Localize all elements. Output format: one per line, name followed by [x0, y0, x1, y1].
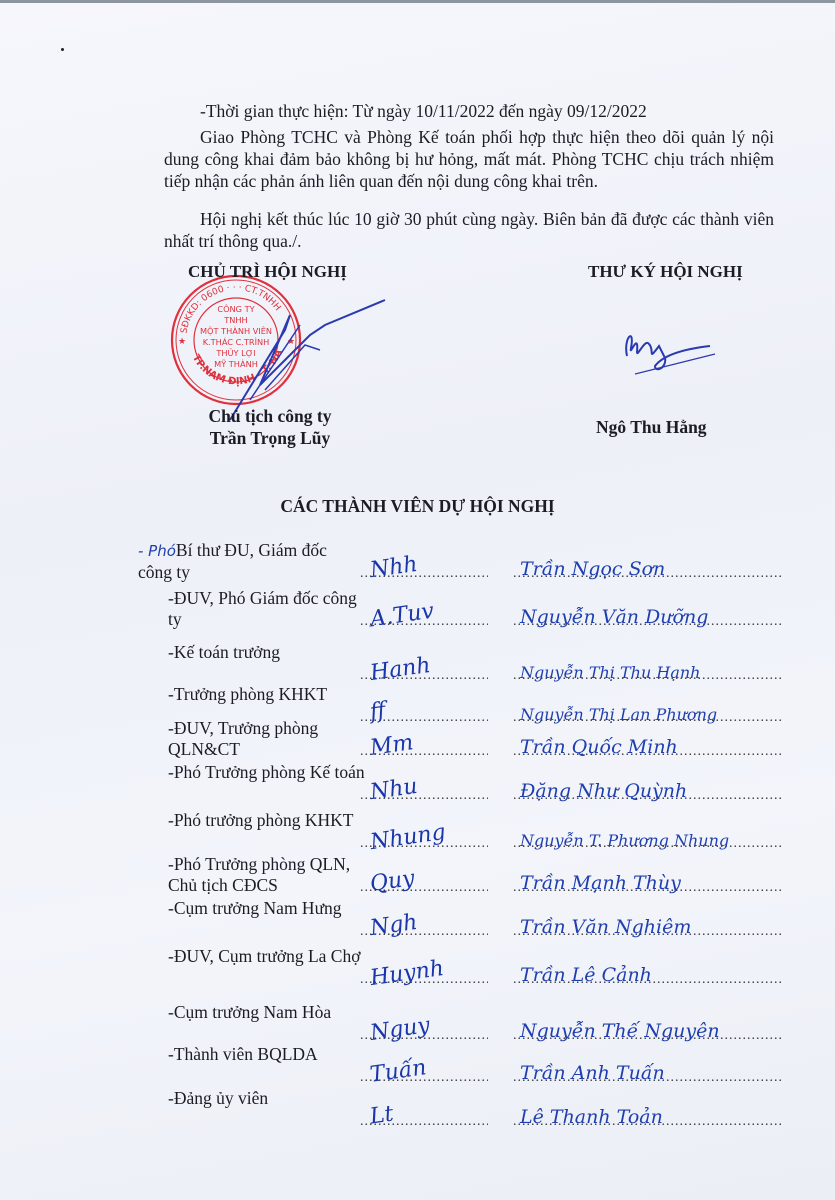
member-row: -Cụm trưởng Nam Hòa.....................… [148, 1002, 798, 1048]
member-role: -Đảng ủy viên [168, 1088, 368, 1109]
member-role: -ĐUV, Cụm trưởng La Chợ [168, 946, 368, 967]
chair-title: CHỦ TRÌ HỘI NGHỊ [188, 262, 347, 282]
member-signature: Lt [368, 1101, 395, 1129]
member-role: -Phó Trưởng phòng QLN, Chủ tịch CĐCS [168, 854, 368, 896]
member-handwritten-name: Trần Văn Nghiêm [520, 916, 691, 938]
member-role: - PhóBí thư ĐU, Giám đốc công ty [138, 540, 348, 583]
chair-position: Chủ tịch công ty [190, 405, 350, 427]
member-handwritten-name: Trần Ngọc Sơn [520, 558, 665, 580]
member-row: - PhóBí thư ĐU, Giám đốc công ty........… [148, 540, 798, 586]
chair-name-block: Chủ tịch công ty Trần Trọng Lũy [190, 405, 350, 449]
member-role: -Kế toán trưởng [168, 642, 368, 663]
member-role: -ĐUV, Phó Giám đốc công ty [168, 588, 368, 630]
scanned-document-page: -Thời gian thực hiện: Từ ngày 10/11/2022… [0, 0, 835, 1200]
chair-name: Trần Trọng Lũy [190, 427, 350, 449]
secretary-title: THƯ KÝ HỘI NGHỊ [588, 262, 743, 282]
member-role: -Cụm trưởng Nam Hòa [168, 1002, 368, 1023]
member-row: -Kế toán trưởng.........................… [148, 642, 798, 688]
member-handwritten-name: Trần Lê Cảnh [520, 964, 652, 986]
member-role: -Thành viên BQLDA [168, 1044, 368, 1065]
member-role: -Cụm trưởng Nam Hưng [168, 898, 368, 919]
implementation-time: -Thời gian thực hiện: Từ ngày 10/11/2022… [200, 100, 810, 122]
member-role: -Phó Trưởng phòng Kế toán [168, 762, 368, 783]
svg-text:★: ★ [178, 336, 186, 346]
member-row: -Phó Trưởng phòng Kế toán...............… [148, 762, 798, 808]
member-role: -ĐUV, Trưởng phòng QLN&CT [168, 718, 368, 760]
member-row: -Phó Trưởng phòng QLN, Chủ tịch CĐCS....… [148, 854, 798, 900]
member-row: -Cụm trưởng Nam Hưng....................… [148, 898, 798, 944]
secretary-signature [615, 318, 725, 378]
member-role: -Trưởng phòng KHKT [168, 684, 368, 705]
scan-speck [61, 48, 64, 51]
member-row: -ĐUV, Phó Giám đốc công ty..............… [148, 588, 798, 634]
member-handwritten-name: Nguyễn Thế Nguyên [520, 1020, 720, 1042]
member-handwritten-name: Đặng Như Quỳnh [520, 780, 687, 802]
member-handwritten-name: Trần Quốc Minh [520, 736, 678, 758]
member-handwritten-name: Trần Mạnh Thùy [520, 872, 681, 894]
scan-edge [0, 0, 835, 3]
closing-paragraph: Hội nghị kết thúc lúc 10 giờ 30 phút cùn… [164, 208, 774, 252]
member-row: -ĐUV, Cụm trưởng La Chợ.................… [148, 946, 798, 992]
member-row: -Thành viên BQLDA.......................… [148, 1044, 798, 1090]
assignment-paragraph: Giao Phòng TCHC và Phòng Kế toán phối hợ… [164, 126, 774, 192]
member-row: -ĐUV, Trưởng phòng QLN&CT...............… [148, 718, 798, 764]
member-handwritten-name: Lê Thanh Toản [520, 1106, 663, 1128]
member-handwritten-name: Nguyễn T. Phương Nhung [520, 831, 729, 850]
member-row: -Đảng ủy viên...........................… [148, 1088, 798, 1134]
secretary-name: Ngô Thu Hằng [596, 416, 707, 438]
member-handwritten-name: Nguyễn Thị Thu Hạnh [520, 663, 700, 682]
members-title: CÁC THÀNH VIÊN DỰ HỘI NGHỊ [0, 496, 835, 517]
member-handwritten-name: Nguyễn Văn Dưỡng [520, 606, 708, 628]
member-role: -Phó trưởng phòng KHKT [168, 810, 368, 831]
member-handwritten-name: Trần Anh Tuấn [520, 1062, 665, 1084]
member-row: -Phó trưởng phòng KHKT..................… [148, 810, 798, 856]
handwritten-prefix: - Phó [138, 542, 176, 560]
